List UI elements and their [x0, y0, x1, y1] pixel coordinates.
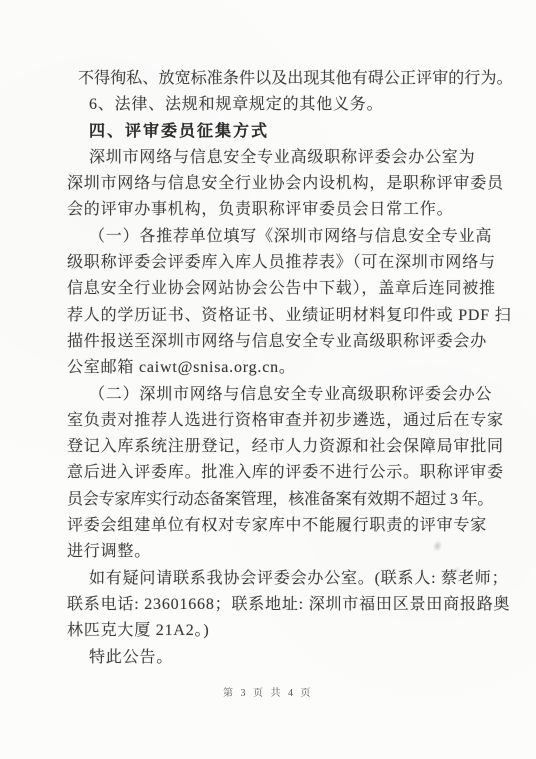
document-line: 登记入库系统注册登记，经市人力资源和社会保障局审批同 — [67, 434, 481, 460]
section-heading: 四、评审委员征集方式 — [67, 119, 481, 145]
document-line: （一）各推荐单位填写《深圳市网络与信息安全专业高 — [67, 224, 481, 250]
document-line: 深圳市网络与信息安全专业高级职称评委会办公室为 — [67, 145, 481, 171]
contact-line: 如有疑问请联系我协会评委会办公室。(联系人: 蔡老师； — [67, 566, 481, 592]
closing-line: 特此公告。 — [67, 645, 481, 671]
document-line: （二）深圳市网络与信息安全专业高级职称评委会办公 — [67, 382, 481, 408]
email-line: 公室邮箱 caiwt@snisa.org.cn。 — [67, 355, 481, 381]
document-line: 评委会组建单位有权对专家库中不能履行职责的评审专家 — [67, 513, 481, 539]
document-line: 意后进入评委库。批准入库的评委不进行公示。职称评审委 — [67, 460, 481, 486]
document-line: 级职称评委会评委库入库人员推荐表》（可在深圳市网络与 — [67, 250, 481, 276]
document-line: 室负责对推荐人选进行资格审查并初步遴选，通过后在专家 — [67, 408, 481, 434]
document-line: 不得徇私、放宽标准条件以及出现其他有碍公正评审的行为。 — [67, 66, 481, 92]
document-line: 深圳市网络与信息安全行业协会内设机构，是职称评审委员 — [67, 171, 481, 197]
document-line: 信息安全行业协会网站协会公告中下载），盖章后连同被推 — [67, 276, 481, 302]
contact-line: 林匹克大厦 21A2。) — [67, 618, 481, 644]
document-line: 荐人的学历证书、资格证书、业绩证明材料复印件或 PDF 扫 — [67, 303, 481, 329]
document-line: 会的评审办事机构，负责职称评审委员会日常工作。 — [67, 197, 481, 223]
footer-page-number: 第 3 页 共 4 页 — [0, 688, 536, 700]
document-line: 6、法律、法规和规章规定的其他义务。 — [67, 92, 481, 118]
document-page: 不得徇私、放宽标准条件以及出现其他有碍公正评审的行为。 6、法律、法规和规章规定… — [0, 0, 536, 759]
document-body: 不得徇私、放宽标准条件以及出现其他有碍公正评审的行为。 6、法律、法规和规章规定… — [67, 66, 481, 671]
document-line: 进行调整。 — [67, 539, 481, 565]
document-line: 描件报送至深圳市网络与信息安全专业高级职称评委会办 — [67, 329, 481, 355]
contact-line: 联系电话: 23601668；联系地址: 深圳市福田区景田商报路奥 — [67, 592, 481, 618]
document-line: 员会专家库实行动态备案管理，核准备案有效期不超过 3 年。 — [67, 487, 481, 513]
